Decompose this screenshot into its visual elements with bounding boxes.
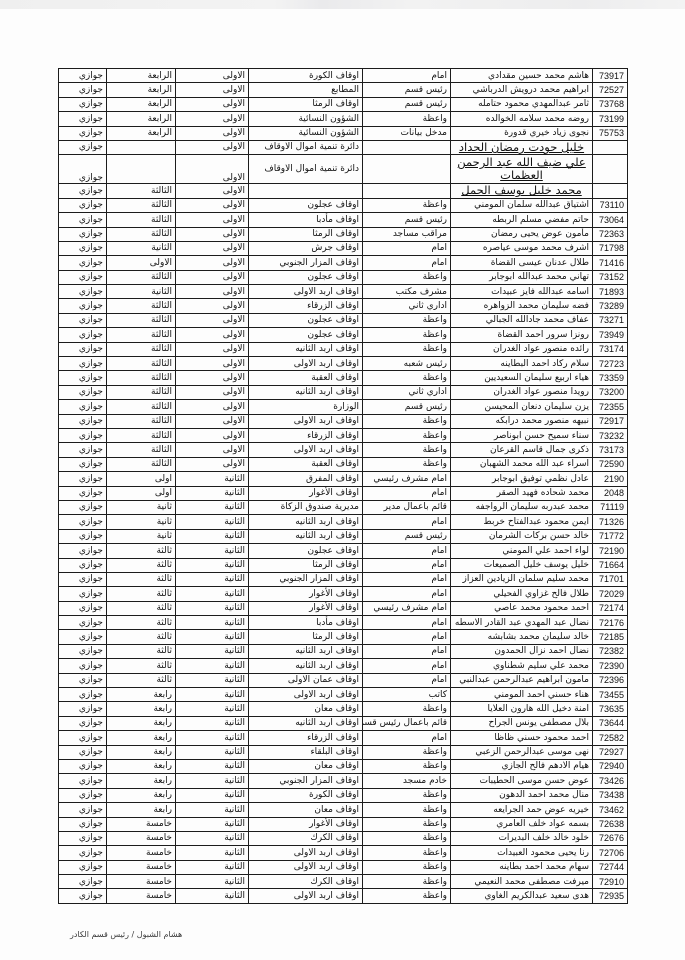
cell-employee-name: عوض حسن موسى الحطيبات	[451, 774, 593, 788]
cell-grade: رابعة	[107, 702, 176, 716]
cell-category: الثانية	[176, 745, 249, 759]
cell-directorate: اوقاف عجلون	[249, 313, 363, 327]
cell-category: الثانية	[176, 587, 249, 601]
cell-job-title	[363, 184, 451, 198]
cell-passport-type: جوازي	[59, 716, 107, 730]
cell-passport-type: جوازي	[59, 270, 107, 284]
cell-category: الاولى	[176, 414, 249, 428]
cell-job-title: واعظة	[363, 414, 451, 428]
table-row: 72190 لواء احمد علي المومني امام اوقاف ع…	[59, 544, 628, 558]
cell-category: الاولى	[176, 457, 249, 471]
cell-directorate: اوقاف اربد الثانيه	[249, 659, 363, 673]
cell-directorate: اوقاف اربد الاولى	[249, 414, 363, 428]
cell-job-title: رئيس شعبه	[363, 357, 451, 371]
cell-passport-type: جوازي	[59, 328, 107, 342]
cell-directorate: اوقاف المزار الجنوبي	[249, 256, 363, 270]
cell-directorate: اوقاف اربد الثانيه	[249, 529, 363, 543]
cell-employee-number: 73232	[593, 428, 628, 442]
table-row: 73174 رائده منصور عواد الغدران واعظة اوق…	[59, 342, 628, 356]
cell-category: الثانية	[176, 601, 249, 615]
cell-job-title: قائم باعمال مدير	[363, 500, 451, 514]
table-row: 72590 اسراء عبد الله محمد الشهبان واعظة …	[59, 457, 628, 471]
cell-directorate: اوقاف معان	[249, 702, 363, 716]
cell-category: الاولى	[176, 428, 249, 442]
cell-grade: ثالثة	[107, 544, 176, 558]
table-row: 72527 ابراهيم محمد درويش الدرباشي رئيس ق…	[59, 83, 628, 97]
table-row: 73199 روضه محمد سلامه الخوالده واعظة الش…	[59, 112, 628, 126]
cell-grade: ثالثة	[107, 630, 176, 644]
table-row: 72174 احمد محمود محمد عاصي امام مشرف رئي…	[59, 601, 628, 615]
cell-grade: ثانية	[107, 515, 176, 529]
cell-grade: الثالثة	[107, 457, 176, 471]
cell-employee-name: هيام الادهم فالح الجازي	[451, 759, 593, 773]
cell-employee-number: 73152	[593, 270, 628, 284]
cell-passport-type: جوازي	[59, 299, 107, 313]
cell-category: الاولى	[176, 328, 249, 342]
cell-employee-number: 72174	[593, 601, 628, 615]
cell-employee-name: خالد سليمان محمد بشابشه	[451, 630, 593, 644]
cell-grade: الثالثة	[107, 198, 176, 212]
cell-employee-number: 73768	[593, 97, 628, 111]
cell-directorate: المطابع	[249, 83, 363, 97]
cell-passport-type: جوازي	[59, 529, 107, 543]
cell-job-title	[363, 140, 451, 154]
cell-category: الاولى	[176, 83, 249, 97]
cell-category: الاولى	[176, 69, 249, 83]
cell-job-title: واعظة	[363, 270, 451, 284]
cell-directorate: اوقاف اربد الاولى	[249, 846, 363, 860]
cell-job-title: رئيس قسم	[363, 83, 451, 97]
cell-employee-number: 73064	[593, 213, 628, 227]
cell-employee-name: مامون ابراهيم عبدالرحمن عبدالنبي	[451, 673, 593, 687]
cell-job-title: امام مشرف رئيسي	[363, 601, 451, 615]
cell-passport-type: جوازي	[59, 457, 107, 471]
cell-passport-type: جوازي	[59, 788, 107, 802]
cell-directorate: اوقاف اربد الاولى	[249, 688, 363, 702]
cell-passport-type: جوازي	[59, 400, 107, 414]
cell-passport-type: جوازي	[59, 831, 107, 845]
cell-category: الثانية	[176, 616, 249, 630]
cell-category: الثانية	[176, 759, 249, 773]
cell-grade: الثالثة	[107, 428, 176, 442]
cell-employee-number	[593, 184, 628, 198]
cell-employee-number: 72744	[593, 860, 628, 874]
cell-grade: خامسة	[107, 875, 176, 889]
cell-category: الاولى	[176, 126, 249, 140]
cell-grade: الثالثة	[107, 400, 176, 414]
table-row: 72390 محمد علي سليم شطناوي امام اوقاف ار…	[59, 659, 628, 673]
cell-grade	[107, 155, 176, 184]
cell-job-title: امام	[363, 486, 451, 500]
cell-passport-type: جوازي	[59, 313, 107, 327]
cell-employee-name: مأمون عوض يحيى رمضان	[451, 227, 593, 241]
table-row: 72676 خلود خالد خلف البديرات واعظة اوقاف…	[59, 831, 628, 845]
table-row: 2048 محمد شحاده فهيد الصقر امام اوقاف ال…	[59, 486, 628, 500]
cell-employee-number: 72176	[593, 616, 628, 630]
cell-employee-number: 73426	[593, 774, 628, 788]
cell-employee-name: تهاني محمد عبدالله ابوجابر	[451, 270, 593, 284]
cell-directorate: اوقاف البلقاء	[249, 745, 363, 759]
cell-job-title: قائم باعمال رئيس قسم	[363, 716, 451, 730]
cell-directorate: الوزارة	[249, 400, 363, 414]
cell-grade: رابعة	[107, 774, 176, 788]
cell-job-title: واعظة	[363, 803, 451, 817]
cell-employee-number	[593, 155, 628, 184]
cell-employee-number: 71326	[593, 515, 628, 529]
cell-job-title: كاتب	[363, 688, 451, 702]
cell-directorate: اوقاف عمان الاولى	[249, 673, 363, 687]
table-row: 72363 مأمون عوض يحيى رمضان مراقب مساجد ا…	[59, 227, 628, 241]
cell-employee-number: 73110	[593, 198, 628, 212]
cell-employee-number: 2190	[593, 472, 628, 486]
cell-directorate: اوقاف اربد الاولى	[249, 889, 363, 903]
cell-directorate: اوقاف العقبة	[249, 371, 363, 385]
cell-directorate: اوقاف الرمثا	[249, 630, 363, 644]
cell-passport-type: جوازي	[59, 486, 107, 500]
cell-employee-name: هناء حسني احمد المومني	[451, 688, 593, 702]
cell-job-title: رئيس قسم	[363, 213, 451, 227]
cell-directorate: اوقاف جرش	[249, 241, 363, 255]
cell-grade: رابعة	[107, 759, 176, 773]
cell-passport-type: جوازي	[59, 213, 107, 227]
cell-employee-name: نهى موسى عبدالرحمن الزعبي	[451, 745, 593, 759]
cell-employee-name: حاتم مفضي مسلم الربطه	[451, 213, 593, 227]
cell-directorate: دائرة تنمية اموال الاوقاف	[249, 155, 363, 184]
cell-employee-number: 75753	[593, 126, 628, 140]
cell-passport-type: جوازي	[59, 155, 107, 184]
cell-directorate: اوقاف اربد الثانيه	[249, 342, 363, 356]
table-row: 73917 هاشم محمد حسين مقدادي امام اوقاف ا…	[59, 69, 628, 83]
table-row: 71119 محمد عبدربه سليمان الرواجفه قائم ب…	[59, 500, 628, 514]
cell-employee-name: روضه محمد سلامه الخوالده	[451, 112, 593, 126]
cell-category: الثانية	[176, 630, 249, 644]
cell-passport-type: جوازي	[59, 227, 107, 241]
cell-employee-number: 72355	[593, 400, 628, 414]
cell-directorate: اوقاف معان	[249, 803, 363, 817]
cell-job-title: اداري ثاني	[363, 299, 451, 313]
cell-employee-number: 73173	[593, 443, 628, 457]
cell-grade: الثانية	[107, 285, 176, 299]
table-row: 73426 عوض حسن موسى الحطيبات خادم مسجد او…	[59, 774, 628, 788]
cell-employee-name: اشرف محمد موسى عياصره	[451, 241, 593, 255]
cell-job-title: واعظة	[363, 428, 451, 442]
cell-grade: رابعة	[107, 731, 176, 745]
cell-employee-name: اسراء عبد الله محمد الشهبان	[451, 457, 593, 471]
cell-job-title: امام	[363, 515, 451, 529]
cell-passport-type: جوازي	[59, 702, 107, 716]
cell-directorate: اوقاف اربد الاولى	[249, 443, 363, 457]
cell-job-title: امام	[363, 241, 451, 255]
cell-directorate: اوقاف الكورة	[249, 69, 363, 83]
table-row: 73232 سناء سميح حسن ابوناصر واعظة اوقاف …	[59, 428, 628, 442]
cell-grade: ثالثة	[107, 587, 176, 601]
cell-grade: الثالثة	[107, 184, 176, 198]
cell-job-title: واعظة	[363, 817, 451, 831]
cell-grade: ثالثة	[107, 558, 176, 572]
table-row: 2190 عادل نظمي توفيق ابوجابر امام مشرف ر…	[59, 472, 628, 486]
cell-employee-number: 71664	[593, 558, 628, 572]
cell-employee-name: محمد خليل يوسف الجمل	[451, 184, 593, 198]
table-row: 73110 اشتياق عبدالله سلمان المومني واعظة…	[59, 198, 628, 212]
cell-passport-type: جوازي	[59, 889, 107, 903]
cell-job-title: امام	[363, 587, 451, 601]
cell-employee-number: 72582	[593, 731, 628, 745]
cell-job-title: واعظة	[363, 112, 451, 126]
cell-employee-number: 72935	[593, 889, 628, 903]
footer-signature: هشام الشبول / رئيس قسم الكادر	[70, 930, 182, 939]
cell-passport-type: جوازي	[59, 875, 107, 889]
cell-category: الاولى	[176, 357, 249, 371]
cell-passport-type: جوازي	[59, 558, 107, 572]
cell-employee-name: ذكرى جمال قاسم القرعان	[451, 443, 593, 457]
cell-category: الثانية	[176, 673, 249, 687]
cell-directorate	[249, 184, 363, 198]
cell-directorate: اوقاف الزرقاء	[249, 428, 363, 442]
cell-grade: الثالثة	[107, 313, 176, 327]
cell-employee-name: خليل يوسف خليل الصميعات	[451, 558, 593, 572]
cell-passport-type: جوازي	[59, 544, 107, 558]
cell-employee-number: 73438	[593, 788, 628, 802]
cell-directorate: اوقاف اربد الاولى	[249, 285, 363, 299]
cell-category: الاولى	[176, 299, 249, 313]
cell-employee-name: طلال فالح غزاوي الفحيلي	[451, 587, 593, 601]
table-row: 72935 هدى سعيد عبدالكريم الغاوي واعظة او…	[59, 889, 628, 903]
cell-job-title: امام	[363, 256, 451, 270]
cell-grade: ثالثة	[107, 572, 176, 586]
table-row: 72382 نضال احمد نزال الحمدون امام اوقاف …	[59, 644, 628, 658]
cell-employee-name: خلود خالد خلف البديرات	[451, 831, 593, 845]
cell-job-title: امام	[363, 659, 451, 673]
cell-job-title: واعظة	[363, 342, 451, 356]
cell-category: الثانية	[176, 544, 249, 558]
cell-directorate: اوقاف اربد الثانيه	[249, 644, 363, 658]
cell-job-title: واعظة	[363, 198, 451, 212]
cell-grade: الثالثة	[107, 299, 176, 313]
table-row: علي ضيف الله عبد الرحمن العظمات دائرة تن…	[59, 155, 628, 184]
cell-job-title: واعظة	[363, 313, 451, 327]
cell-employee-name: فضه سليمان محمد الزواهره	[451, 299, 593, 313]
cell-grade: خامسة	[107, 817, 176, 831]
cell-category: الاولى	[176, 400, 249, 414]
cell-job-title	[363, 155, 451, 184]
cell-category: الاولى	[176, 184, 249, 198]
cell-category: الثانية	[176, 889, 249, 903]
cell-employee-name: لواء احمد علي المومني	[451, 544, 593, 558]
cell-employee-number: 72029	[593, 587, 628, 601]
cell-directorate: اوقاف الزرقاء	[249, 299, 363, 313]
cell-category: الاولى	[176, 227, 249, 241]
cell-grade: الثالثة	[107, 328, 176, 342]
cell-grade: ثالثة	[107, 644, 176, 658]
cell-category: الاولى	[176, 285, 249, 299]
cell-employee-number: 72723	[593, 357, 628, 371]
cell-employee-name: رونزا سرور احمد القضاة	[451, 328, 593, 342]
cell-job-title: امام	[363, 69, 451, 83]
cell-grade: رابعة	[107, 688, 176, 702]
cell-grade: الثالثة	[107, 443, 176, 457]
cell-passport-type: جوازي	[59, 572, 107, 586]
cell-employee-name: نجوى زياد خيري قدورة	[451, 126, 593, 140]
table-row: 71326 ايمن محمود عبدالفتاح خربط امام اوق…	[59, 515, 628, 529]
table-row: 73949 رونزا سرور احمد القضاة واعظة اوقاف…	[59, 328, 628, 342]
cell-directorate: اوقاف الأغوار	[249, 587, 363, 601]
cell-category: الاولى	[176, 342, 249, 356]
cell-passport-type: جوازي	[59, 644, 107, 658]
cell-employee-number: 73199	[593, 112, 628, 126]
cell-grade: ثانية	[107, 529, 176, 543]
table-row: 72638 بسمه عواد خلف العامري واعظة اوقاف …	[59, 817, 628, 831]
cell-directorate: الشؤون النسائية	[249, 112, 363, 126]
cell-category: الثانية	[176, 558, 249, 572]
cell-employee-number: 73271	[593, 313, 628, 327]
cell-employee-name: منال محمد احمد الدهون	[451, 788, 593, 802]
cell-directorate: اوقاف الرمثا	[249, 227, 363, 241]
cell-employee-number: 72396	[593, 673, 628, 687]
cell-employee-name: سهام محمد احمد بطاينه	[451, 860, 593, 874]
cell-category: الثانية	[176, 831, 249, 845]
cell-employee-name: ابراهيم محمد درويش الدرباشي	[451, 83, 593, 97]
cell-grade: ثانية	[107, 500, 176, 514]
cell-category: الثانية	[176, 529, 249, 543]
cell-passport-type: جوازي	[59, 443, 107, 457]
cell-job-title: واعظة	[363, 457, 451, 471]
table-row: 72355 يزن سليمان دنعان المحيسن رئيس قسم …	[59, 400, 628, 414]
cell-directorate: اوقاف الأغوار	[249, 486, 363, 500]
table-row: 71772 خالد حسن بركات الشرمان رئيس قسم او…	[59, 529, 628, 543]
cell-category: الثانية	[176, 500, 249, 514]
cell-employee-name: سناء سميح حسن ابوناصر	[451, 428, 593, 442]
table-row: 73438 منال محمد احمد الدهون واعظة اوقاف …	[59, 788, 628, 802]
cell-job-title: مشرف مكتب	[363, 285, 451, 299]
cell-category: الاولى	[176, 241, 249, 255]
cell-passport-type: جوازي	[59, 616, 107, 630]
cell-passport-type: جوازي	[59, 759, 107, 773]
cell-passport-type: جوازي	[59, 817, 107, 831]
cell-directorate: اوقاف معان	[249, 759, 363, 773]
cell-employee-number: 71119	[593, 500, 628, 514]
cell-job-title: خادم مسجد	[363, 774, 451, 788]
cell-grade: الاولى	[107, 256, 176, 270]
cell-passport-type: جوازي	[59, 774, 107, 788]
cell-category: الثانية	[176, 472, 249, 486]
table-body: 73917 هاشم محمد حسين مقدادي امام اوقاف ا…	[59, 69, 628, 904]
cell-employee-number: 71701	[593, 572, 628, 586]
cell-passport-type: جوازي	[59, 601, 107, 615]
table-row: 72582 احمد محمود حسني ظاظا امام اوقاف ال…	[59, 731, 628, 745]
cell-employee-number: 73917	[593, 69, 628, 83]
cell-employee-name: احمد محمود حسني ظاظا	[451, 731, 593, 745]
cell-employee-name: هاشم محمد حسين مقدادي	[451, 69, 593, 83]
cell-employee-name: نضال عبد المهدي عبد القادر الاسطه	[451, 616, 593, 630]
cell-job-title: واعظة	[363, 371, 451, 385]
cell-employee-name: محمد شحاده فهيد الصقر	[451, 486, 593, 500]
cell-employee-name: رويدا منصور عواد الغدران	[451, 385, 593, 399]
cell-grade: ثالثة	[107, 616, 176, 630]
cell-passport-type: جوازي	[59, 126, 107, 140]
cell-passport-type: جوازي	[59, 630, 107, 644]
cell-directorate: اوقاف العقبة	[249, 457, 363, 471]
cell-passport-type: جوازي	[59, 241, 107, 255]
cell-employee-name: رنا يحيى محمود العبيدات	[451, 846, 593, 860]
cell-employee-name: نبيهه منصور محمد درابكه	[451, 414, 593, 428]
cell-passport-type: جوازي	[59, 745, 107, 759]
cell-category: الاولى	[176, 112, 249, 126]
table-row: 72723 سلام ركاد احمد البطاينه رئيس شعبه …	[59, 357, 628, 371]
cell-job-title: واعظة	[363, 860, 451, 874]
cell-job-title: واعظة	[363, 846, 451, 860]
cell-job-title: واعظة	[363, 875, 451, 889]
cell-directorate: اوقاف اربد الثانيه	[249, 515, 363, 529]
cell-category: الثانية	[176, 803, 249, 817]
scan-edge-artifact	[0, 0, 685, 9]
cell-passport-type: جوازي	[59, 385, 107, 399]
cell-grade: الثالثة	[107, 385, 176, 399]
cell-category: الاولى	[176, 443, 249, 457]
cell-job-title: امام	[363, 630, 451, 644]
cell-passport-type: جوازي	[59, 184, 107, 198]
cell-directorate: اوقاف المزار الجنوبي	[249, 572, 363, 586]
table-row: 72917 نبيهه منصور محمد درابكه واعظة اوقا…	[59, 414, 628, 428]
cell-passport-type: جوازي	[59, 342, 107, 356]
cell-job-title: واعظة	[363, 759, 451, 773]
table-row: 72910 ميرفت مصطفى محمد النعيمي واعظة اوق…	[59, 875, 628, 889]
cell-employee-number: 73949	[593, 328, 628, 342]
cell-job-title: امام	[363, 644, 451, 658]
cell-category: الاولى	[176, 213, 249, 227]
cell-job-title: اداري ثاني	[363, 385, 451, 399]
cell-grade: خامسة	[107, 846, 176, 860]
table-row: 73455 هناء حسني احمد المومني كاتب اوقاف …	[59, 688, 628, 702]
cell-directorate: اوقاف الكورة	[249, 788, 363, 802]
cell-employee-number: 73462	[593, 803, 628, 817]
cell-category: الثانية	[176, 875, 249, 889]
cell-employee-name: محمد علي سليم شطناوي	[451, 659, 593, 673]
cell-employee-name: عفاف محمد جادالله الجبالي	[451, 313, 593, 327]
cell-directorate: دائرة تنمية اموال الاوقاف	[249, 140, 363, 154]
cell-employee-number: 72676	[593, 831, 628, 845]
cell-job-title: امام مشرف رئيسي	[363, 472, 451, 486]
cell-category: الثانية	[176, 731, 249, 745]
table-row: 73462 خيريه عوض حمد الجرايعه واعظة اوقاف…	[59, 803, 628, 817]
cell-passport-type: جوازي	[59, 285, 107, 299]
cell-passport-type: جوازي	[59, 112, 107, 126]
cell-category: الاولى	[176, 97, 249, 111]
cell-directorate: اوقاف المزار الجنوبي	[249, 774, 363, 788]
cell-employee-name: خليل حودت رمضان الحداد	[451, 140, 593, 154]
cell-directorate: اوقاف الأغوار	[249, 817, 363, 831]
cell-grade: رابعة	[107, 788, 176, 802]
cell-passport-type: جوازي	[59, 688, 107, 702]
cell-directorate: اوقاف مأدبا	[249, 213, 363, 227]
cell-category: الثانية	[176, 774, 249, 788]
table-row: 73152 تهاني محمد عبدالله ابوجابر واعظة ا…	[59, 270, 628, 284]
cell-employee-name: عادل نظمي توفيق ابوجابر	[451, 472, 593, 486]
cell-job-title: مدخل بيانات	[363, 126, 451, 140]
cell-employee-number: 72590	[593, 457, 628, 471]
cell-employee-number: 73289	[593, 299, 628, 313]
cell-employee-number: 73644	[593, 716, 628, 730]
cell-employee-number: 73200	[593, 385, 628, 399]
cell-employee-number: 73174	[593, 342, 628, 356]
cell-passport-type: جوازي	[59, 97, 107, 111]
cell-grade: ثالثة	[107, 673, 176, 687]
cell-directorate: اوقاف اربد الثانيه	[249, 716, 363, 730]
cell-category: الثانية	[176, 716, 249, 730]
cell-job-title: مراقب مساجد	[363, 227, 451, 241]
table-row: 71664 خليل يوسف خليل الصميعات امام اوقاف…	[59, 558, 628, 572]
cell-grade: اولى	[107, 486, 176, 500]
cell-job-title: واعظة	[363, 889, 451, 903]
